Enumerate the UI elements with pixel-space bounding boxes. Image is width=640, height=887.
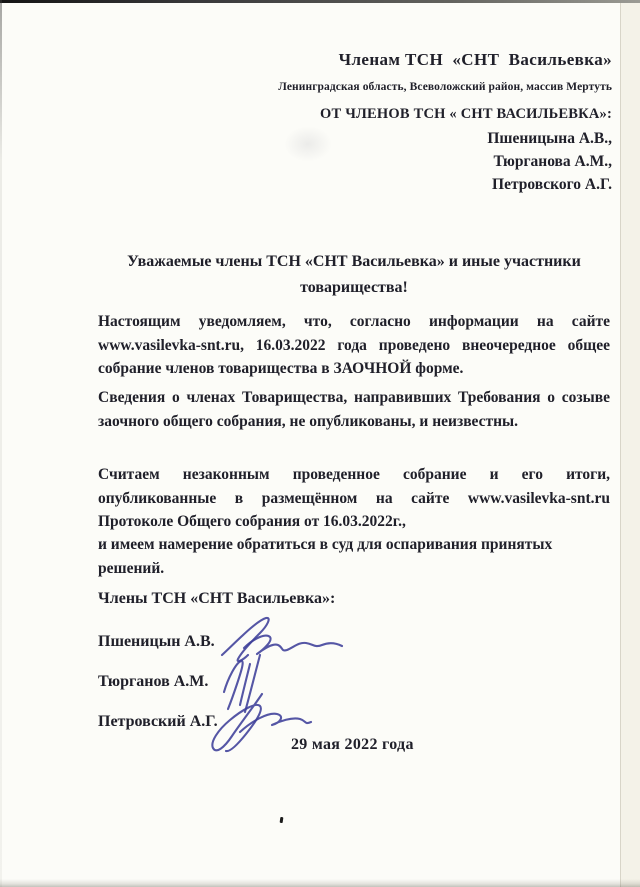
signer-tyurganov: Тюрганов А.М. [98, 673, 208, 691]
paragraph-members-info: Сведения о членах Товарищества, направив… [98, 386, 610, 433]
paragraph-notice: Настоящим уведомляем, что, согласно инфо… [98, 310, 610, 381]
scanned-letter-page: Членам ТСН «СНТ Васильевка» Ленинградска… [0, 0, 640, 887]
date-line: 29 мая 2022 года [291, 736, 414, 754]
signer-pshenitsyn: Пшеницын А.В. [98, 633, 215, 651]
scanner-background-strip [621, 0, 640, 887]
ink-speck [280, 817, 284, 823]
address-line: Ленинградская область, Всеволожский райо… [278, 81, 612, 93]
scan-edge-left [0, 0, 2, 887]
scan-smudge [284, 126, 332, 162]
paper-right-edge [620, 0, 621, 887]
from-name-petrovsky: Петровского А.Г. [492, 176, 612, 194]
signoff-label: Члены ТСН «СНТ Васильевка»: [98, 590, 335, 608]
paragraph-illegal-claim: Считаем незаконным проведенное собрание … [98, 463, 610, 534]
paragraph-court-intent: и имеем намерение обратиться в суд для о… [98, 533, 610, 580]
from-name-pshenitsyna: Пшеницына А.В., [487, 130, 612, 148]
from-name-tyurganova: Тюрганова А.М., [493, 153, 612, 171]
scan-edge-top [0, 0, 640, 3]
scan-edge-bottom [0, 879, 640, 887]
recipient-line: Членам ТСН «СНТ Васильевка» [339, 50, 612, 70]
from-title-line: ОТ ЧЛЕНОВ ТСН « СНТ ВАСИЛЬЕВКА»: [320, 106, 612, 123]
signer-petrovsky: Петровский А.Г. [98, 713, 218, 731]
salutation-heading: Уважаемые члены ТСН «СНТ Васильевка» и и… [98, 249, 610, 301]
